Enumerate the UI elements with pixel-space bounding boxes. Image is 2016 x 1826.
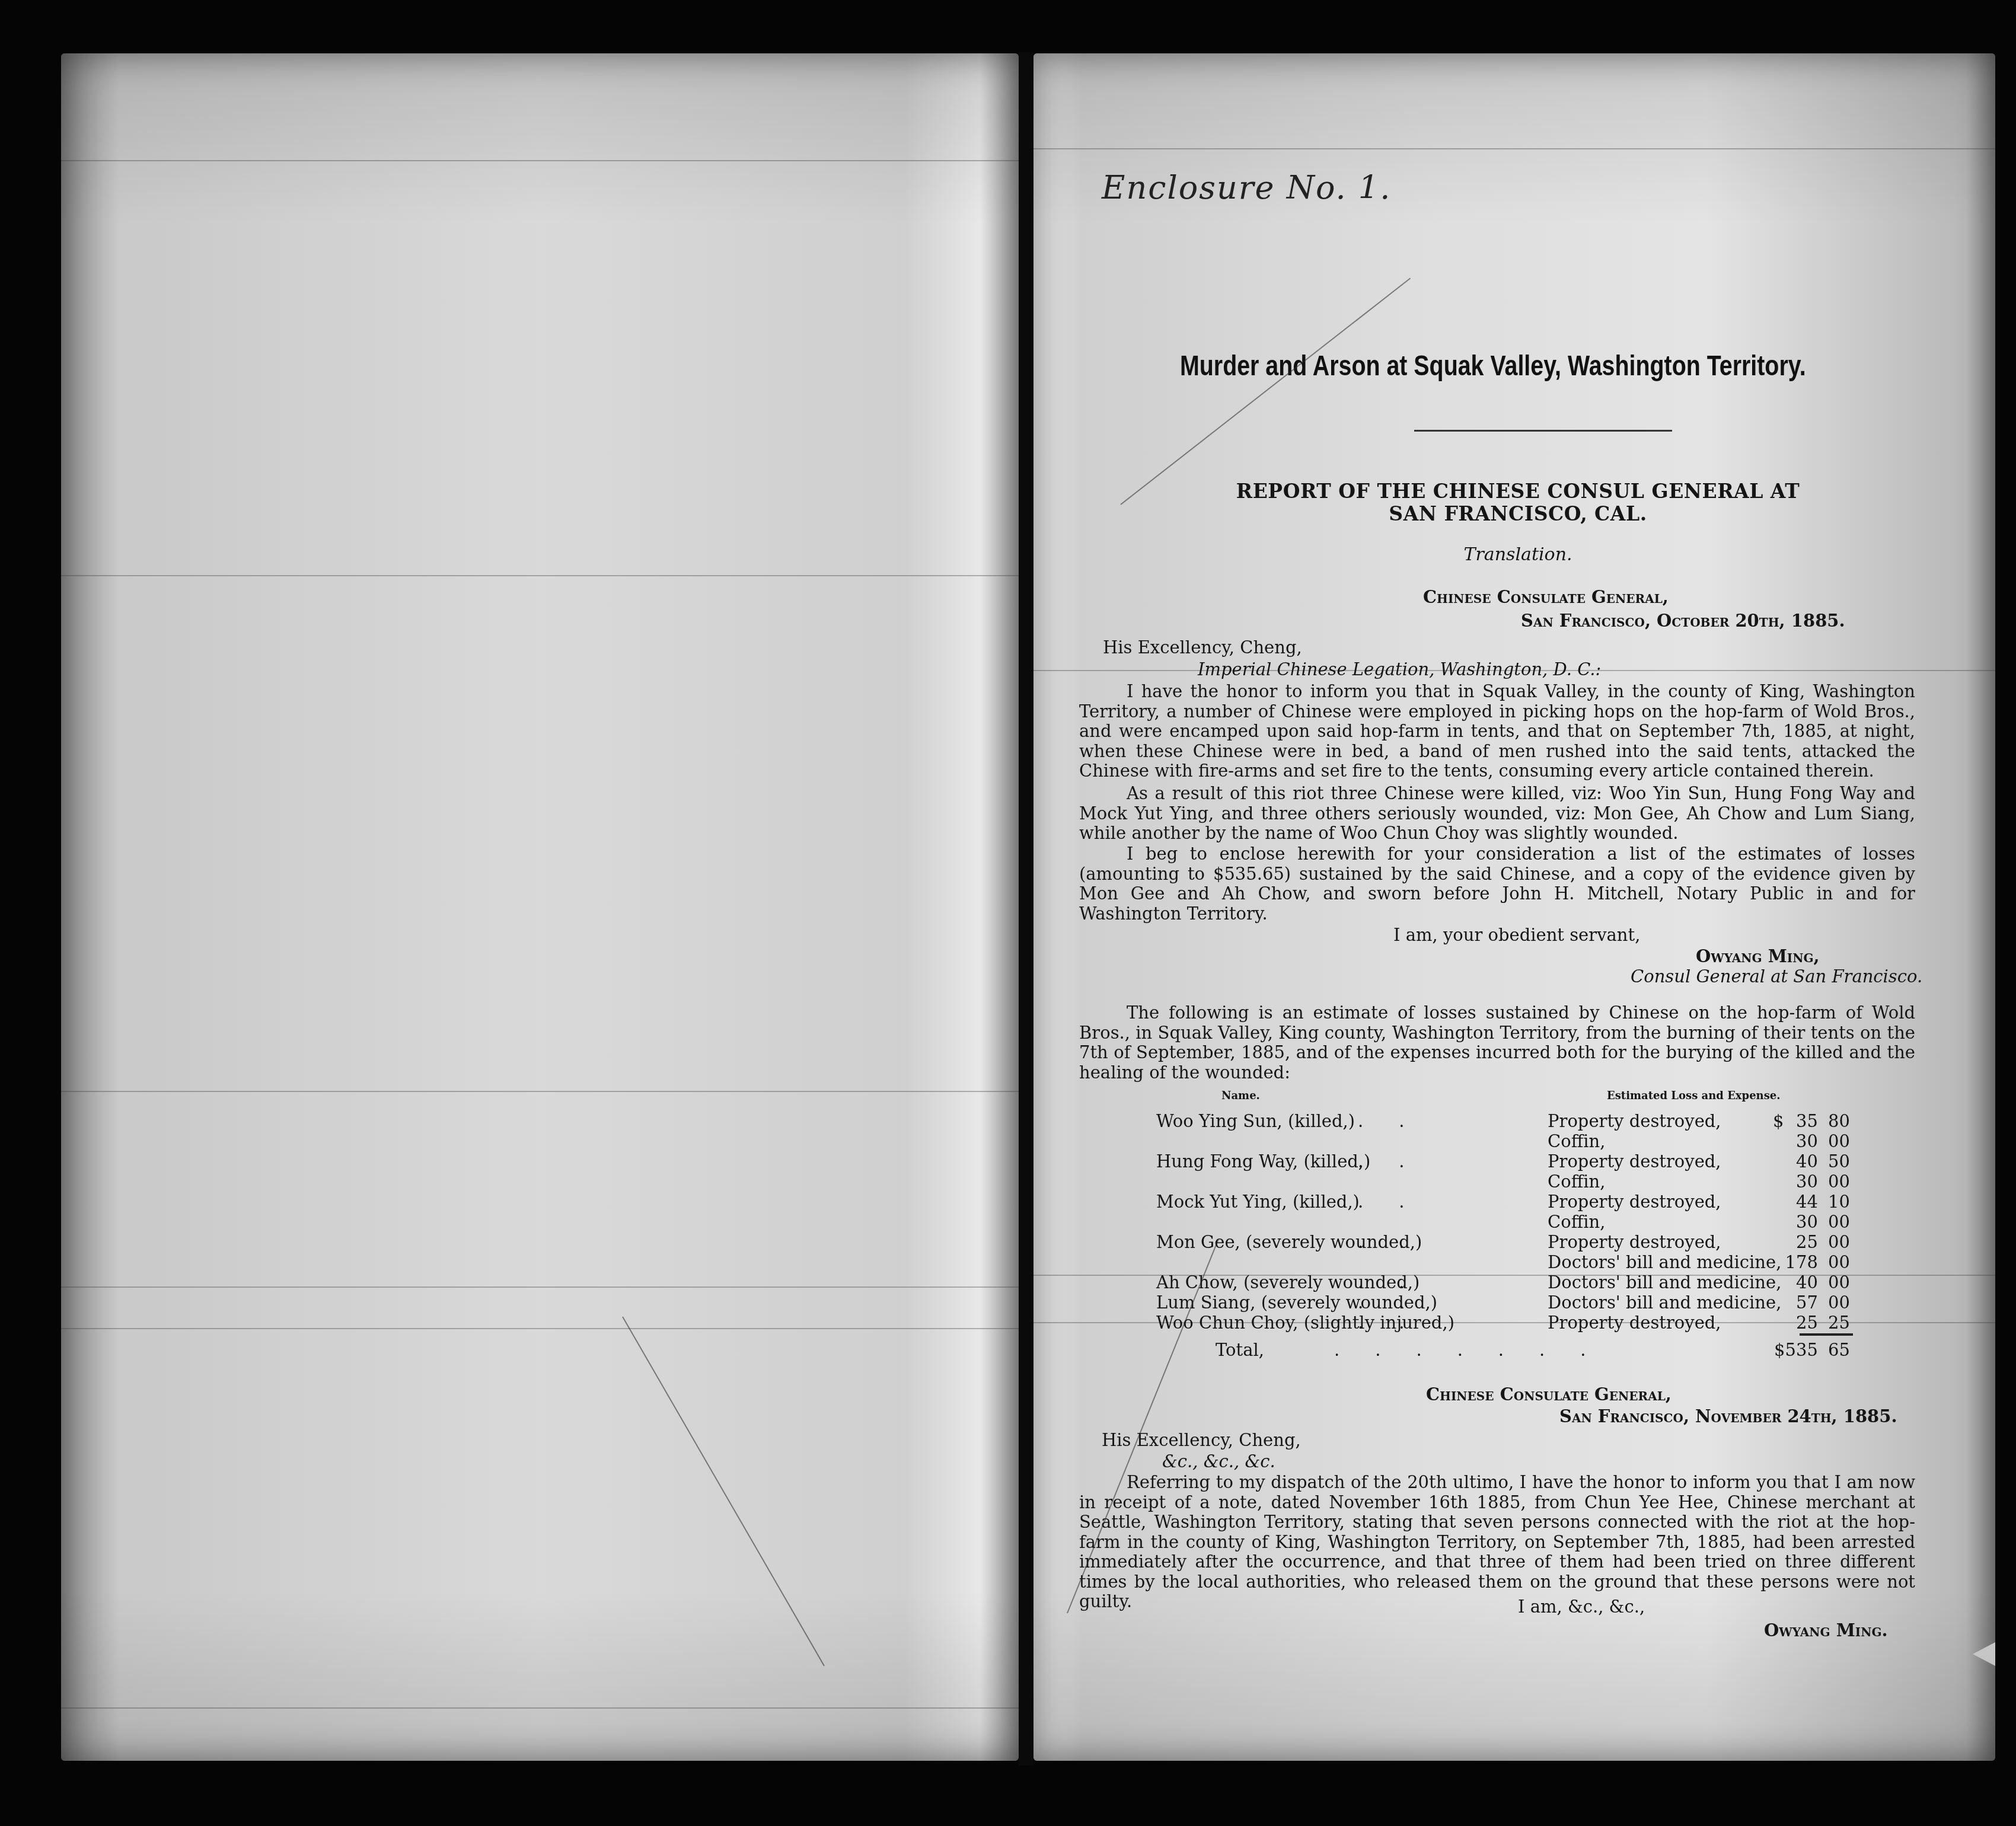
letter1-paragraph-3: I beg to enclose herewith for your consi… [1079,844,1915,924]
currency-symbol: $ [1773,1111,1784,1131]
enclosure-label: Enclosure No. 1. [1102,169,1391,206]
table-row: Coffin,30 00 [1156,1131,1862,1151]
letter1-salutation: His Excellency, Cheng, [1103,637,1302,657]
leader-dots: .. [1358,1313,1440,1333]
loss-amount: 30 00 [1796,1131,1850,1151]
main-title: Murder and Arson at Squak Valley, Washin… [1180,350,1744,382]
letter2-place-date: San Francisco, November 24th, 1885. [1559,1406,1897,1426]
loss-item: Doctors' bill and medicine, [1548,1272,1781,1292]
table-row: Woo Chun Choy, (slightly injured,)..Prop… [1156,1313,1862,1333]
table-row: Mock Yut Ying, (killed,)..Property destr… [1156,1192,1862,1212]
loss-amount: 25 25 [1796,1313,1850,1333]
loss-amount: 30 00 [1796,1212,1850,1232]
letter2-closing: I am, &c., &c., [1518,1597,1645,1617]
loss-amount: 25 00 [1796,1232,1850,1252]
table-row: Mon Gee, (severely wounded,)..Property d… [1156,1232,1862,1252]
estimate-intro: The following is an estimate of losses s… [1079,1003,1915,1083]
table-header-name: Name. [1221,1090,1260,1102]
loss-amount: 35 80 [1796,1111,1850,1131]
letter1-address: Imperial Chinese Legation, Washington, D… [1198,659,1601,679]
total-amount: $535 65 [1774,1340,1850,1360]
letter1-place-date: San Francisco, October 20th, 1885. [1521,611,1845,631]
table-row: Coffin,30 00 [1156,1171,1862,1192]
leader-dots: .. [1358,1151,1440,1171]
loss-amount: 40 00 [1796,1272,1850,1292]
scan-line [61,160,1019,161]
report-heading: REPORT OF THE CHINESE CONSUL GENERAL AT … [1127,480,1909,525]
scan-line [1033,148,1995,149]
table-row: Ah Chow, (severely wounded,)..Doctors' b… [1156,1272,1862,1292]
victim-name: Woo Ying Sun, (killed,) [1156,1111,1355,1131]
scan-line [61,575,1019,576]
loss-amount: 44 10 [1796,1192,1850,1212]
letter1-signature: Owyang Ming, [1696,946,1820,966]
letter2-signature: Owyang Ming. [1764,1620,1888,1640]
leader-dots: .. [1358,1192,1440,1212]
leader-dots: ....... [1334,1340,1622,1360]
table-row: Doctors' bill and medicine,178 00 [1156,1252,1862,1272]
table-row: Coffin,30 00 [1156,1212,1862,1232]
scan-line [61,1091,1019,1092]
leader-dots: .. [1358,1272,1440,1292]
loss-item: Coffin, [1548,1131,1605,1151]
total-rule [1800,1333,1853,1336]
total-label: Total, [1216,1340,1264,1360]
letter2-address: &c., &c., &c. [1162,1451,1275,1471]
loss-item: Property destroyed, [1548,1151,1721,1171]
title-rule [1414,430,1672,432]
page-tab-marker [1973,1642,1995,1666]
report-heading-line2: SAN FRANCISCO, CAL. [1127,503,1909,525]
loss-amount: 30 00 [1796,1171,1850,1192]
scan-line [61,1286,1019,1288]
letter1-paragraph-2: As a result of this riot three Chinese w… [1079,784,1915,844]
leader-dots: .. [1358,1232,1440,1252]
letter1-closing: I am, your obedient servant, [1393,925,1640,945]
book-gutter [1019,52,1033,1766]
table-row: Lum Siang, (severely wounded,)..Doctors'… [1156,1292,1862,1313]
letter2-salutation: His Excellency, Cheng, [1102,1430,1301,1450]
letter1-sender-office: Chinese Consulate General, [1423,587,1669,607]
scan-line [61,1328,1019,1329]
letter2-paragraph: Referring to my dispatch of the 20th ult… [1079,1473,1915,1612]
leader-dots: .. [1358,1292,1440,1313]
loss-amount: 178 00 [1785,1252,1850,1272]
loss-item: Doctors' bill and medicine, [1548,1292,1781,1313]
loss-item: Property destroyed, [1548,1232,1721,1252]
scan-line [61,1707,1019,1709]
table-header-estimate: Estimated Loss and Expense. [1607,1090,1781,1102]
loss-item: Property destroyed, [1548,1111,1721,1131]
letter2-sender-office: Chinese Consulate General, [1426,1384,1672,1404]
loss-amount: 57 00 [1796,1292,1850,1313]
loss-item: Property destroyed, [1548,1313,1721,1333]
loss-item: Property destroyed, [1548,1192,1721,1212]
table-total-row: Total, ....... $535 65 [1156,1340,1862,1360]
loss-item: Coffin, [1548,1171,1605,1192]
report-heading-line1: REPORT OF THE CHINESE CONSUL GENERAL AT [1127,480,1909,503]
table-row: Hung Fong Way, (killed,)..Property destr… [1156,1151,1862,1171]
loss-item: Doctors' bill and medicine, [1548,1252,1781,1272]
loss-item: Coffin, [1548,1212,1605,1232]
letter1-paragraph-1: I have the honor to inform you that in S… [1079,682,1915,781]
victim-name: Mock Yut Ying, (killed,) [1156,1192,1360,1212]
letter1-signature-title: Consul General at San Francisco. [1631,966,1922,987]
table-row: Woo Ying Sun, (killed,)..Property destro… [1156,1111,1862,1131]
left-page-blank [61,53,1019,1761]
loss-amount: 40 50 [1796,1151,1850,1171]
victim-name: Hung Fong Way, (killed,) [1156,1151,1370,1171]
leader-dots: .. [1358,1111,1440,1131]
translation-label: Translation. [1127,544,1909,565]
